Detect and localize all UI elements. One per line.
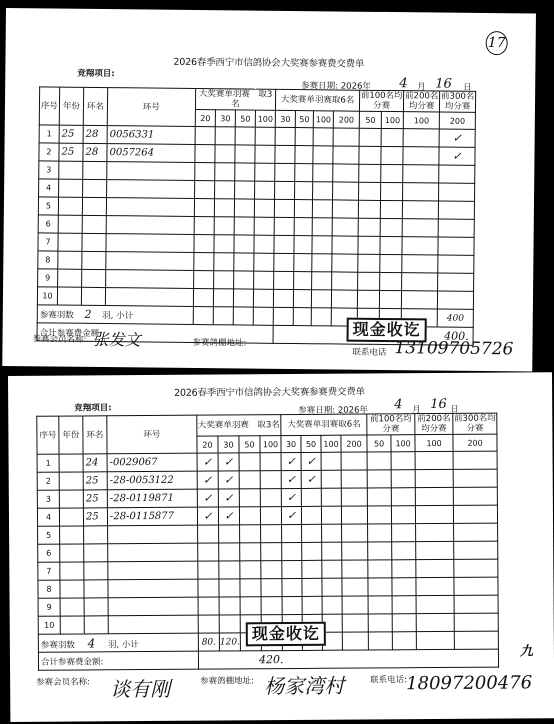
check-cell: ✓ xyxy=(301,452,321,470)
check-cell xyxy=(368,542,392,560)
row-year xyxy=(58,269,82,287)
subtotal-prefix: 参赛羽数 xyxy=(40,310,74,320)
check-cell: ✓ xyxy=(218,453,239,471)
check-cell xyxy=(367,452,391,470)
subtotal-cell xyxy=(454,631,498,649)
check-cell xyxy=(255,163,275,181)
check-cell xyxy=(195,180,215,198)
check-cell xyxy=(402,219,438,237)
header-ring-no: 环号 xyxy=(107,415,197,454)
check-cell xyxy=(402,201,438,219)
check-cell xyxy=(357,290,379,308)
check-cell xyxy=(416,613,454,631)
header-ring-name: 环名 xyxy=(83,416,107,454)
check-cell: ✓ xyxy=(301,470,321,488)
check-cell xyxy=(437,291,473,309)
check-cell xyxy=(234,235,254,253)
check-cell xyxy=(392,614,416,632)
check-cell xyxy=(380,218,402,236)
check-cell xyxy=(302,542,322,560)
check-cell xyxy=(402,255,438,273)
row-year xyxy=(59,454,83,472)
row-year xyxy=(60,580,84,598)
check-cell xyxy=(322,542,342,560)
row-seq: 10 xyxy=(38,616,60,634)
row-ring-name xyxy=(84,616,108,634)
check-cell xyxy=(302,524,322,542)
check-cell xyxy=(311,290,331,308)
check-cell xyxy=(274,253,294,271)
check-cell xyxy=(454,613,498,631)
date-day: 16 xyxy=(430,397,447,412)
sub-header: 50 xyxy=(301,435,321,452)
row-ring-name: 24 xyxy=(83,454,107,472)
row-ring-no xyxy=(108,525,198,544)
check-cell xyxy=(392,524,416,542)
check-cell xyxy=(235,127,255,145)
check-cell xyxy=(454,559,498,577)
check-cell xyxy=(368,596,392,614)
check-cell xyxy=(454,541,498,559)
check-cell: ✓ xyxy=(439,129,475,147)
check-cell xyxy=(332,200,358,218)
sub-header: 100 xyxy=(391,435,415,452)
subtotal-cell xyxy=(213,307,233,325)
row-year xyxy=(59,161,83,179)
check-cell xyxy=(415,469,453,487)
check-cell xyxy=(416,559,454,577)
sub-header: 30 xyxy=(281,435,301,452)
row-ring-name xyxy=(84,562,108,580)
row-year: 25 xyxy=(59,143,83,161)
row-year xyxy=(59,472,83,490)
check-cell xyxy=(312,218,332,236)
check-cell xyxy=(379,290,401,308)
check-cell xyxy=(294,200,312,218)
check-cell xyxy=(453,451,497,469)
check-cell: ✓ xyxy=(218,507,239,525)
row-seq: 5 xyxy=(38,197,58,215)
check-cell xyxy=(254,199,274,217)
row-ring-name xyxy=(84,526,108,544)
date-month: 4 xyxy=(394,397,402,412)
row-seq: 6 xyxy=(38,544,60,562)
page-number: 17 xyxy=(486,31,508,55)
check-cell xyxy=(380,254,402,272)
sub-header: 200 xyxy=(341,435,367,452)
row-seq: 9 xyxy=(38,598,60,616)
subtotal-cell xyxy=(233,307,253,325)
check-cell xyxy=(219,543,240,561)
check-cell xyxy=(313,146,333,164)
row-seq: 5 xyxy=(38,526,60,544)
row-ring-name xyxy=(84,544,108,562)
check-cell xyxy=(402,237,438,255)
subtotal-cell: 120. xyxy=(219,633,240,651)
sheet-title: 2026春季西宁市信鸽协会大奖赛参赛费交费单 xyxy=(174,384,365,399)
row-year xyxy=(57,287,81,305)
total-value: 420. xyxy=(198,649,498,669)
check-cell xyxy=(358,200,380,218)
row-ring-name: 28 xyxy=(83,125,107,143)
check-cell xyxy=(293,290,311,308)
row-seq: 8 xyxy=(38,251,58,269)
row-ring-name: 25 xyxy=(83,508,107,526)
row-ring-no: -0029067 xyxy=(107,453,197,472)
check-cell xyxy=(359,164,381,182)
row-year: 25 xyxy=(59,125,83,143)
check-cell xyxy=(402,273,438,291)
check-cell xyxy=(312,254,332,272)
check-cell xyxy=(260,489,281,507)
check-cell xyxy=(219,525,240,543)
sheet-title: 2026春季西宁市信鸽协会大奖赛参赛费交费单 xyxy=(173,54,364,70)
check-cell xyxy=(198,579,219,597)
check-cell xyxy=(294,272,312,290)
check-cell xyxy=(416,595,454,613)
header-top100: 前100名均分赛 xyxy=(367,414,415,435)
check-cell xyxy=(194,198,214,216)
sub-header: 50 xyxy=(367,435,391,452)
row-ring-no: 0056331 xyxy=(107,126,195,145)
check-cell xyxy=(233,289,253,307)
check-cell xyxy=(454,505,498,523)
header-seq: 序号 xyxy=(39,87,59,125)
row-ring-name xyxy=(82,251,106,269)
check-cell xyxy=(254,271,274,289)
check-cell xyxy=(403,165,439,183)
row-seq: 2 xyxy=(37,472,59,490)
check-cell xyxy=(380,236,402,254)
row-ring-no xyxy=(108,543,198,562)
check-cell xyxy=(380,272,402,290)
check-cell xyxy=(416,523,454,541)
check-cell xyxy=(391,488,415,506)
check-cell xyxy=(368,560,392,578)
loft-label: 参赛鸽棚地址: xyxy=(200,674,254,686)
check-cell xyxy=(274,271,294,289)
check-cell xyxy=(439,165,475,183)
check-cell xyxy=(294,218,312,236)
row-year xyxy=(60,544,84,562)
member-name: 谈有刚 xyxy=(110,673,170,702)
sub-header: 100 xyxy=(403,112,439,129)
check-cell xyxy=(234,253,254,271)
subtotal-cell xyxy=(416,631,454,649)
check-cell: ✓ xyxy=(218,489,239,507)
check-cell xyxy=(415,487,453,505)
check-cell xyxy=(215,163,235,181)
check-cell xyxy=(301,506,321,524)
check-cell xyxy=(333,164,359,182)
row-ring-name xyxy=(82,215,106,233)
fee-sheet-1: 17 2026春季西宁市信鸽协会大奖赛参赛费交费单 竞翔项目: 参赛日期: 20… xyxy=(2,8,536,372)
subtotal-prefix: 参赛羽数 xyxy=(41,640,75,650)
project-label: 竞翔项目: xyxy=(74,401,111,413)
check-cell xyxy=(381,164,403,182)
check-cell: ✓ xyxy=(197,489,218,507)
row-year xyxy=(59,490,83,508)
subtotal-cell xyxy=(193,306,213,324)
check-cell xyxy=(332,218,358,236)
fee-table: 序号 年份 环名 环号 大奖赛单羽赛 取3名 大奖赛单羽赛取6名 前100名均分… xyxy=(37,86,477,346)
check-cell xyxy=(301,488,321,506)
check-cell xyxy=(295,182,313,200)
check-cell xyxy=(453,487,497,505)
check-cell xyxy=(341,452,367,470)
check-cell xyxy=(392,506,416,524)
check-cell xyxy=(358,272,380,290)
sub-header: 30 xyxy=(275,110,295,127)
check-cell xyxy=(403,147,439,165)
header-ring-name: 环名 xyxy=(83,87,107,125)
member-label: 参赛会员名称: xyxy=(36,675,90,687)
check-cell xyxy=(282,524,302,542)
check-cell xyxy=(194,270,214,288)
check-cell xyxy=(219,561,240,579)
check-cell xyxy=(194,216,214,234)
header-top200: 前200名均分赛 xyxy=(415,413,453,434)
check-cell xyxy=(294,236,312,254)
check-cell xyxy=(401,291,437,309)
check-cell xyxy=(239,489,260,507)
check-cell xyxy=(322,524,342,542)
check-cell xyxy=(322,560,342,578)
row-seq: 4 xyxy=(37,508,59,526)
check-cell xyxy=(239,471,260,489)
phone-number: 13109705726 xyxy=(394,338,513,359)
sub-header: 50 xyxy=(235,110,255,127)
row-seq: 7 xyxy=(38,562,60,580)
check-cell xyxy=(215,145,235,163)
row-year xyxy=(60,526,84,544)
row-ring-name: 25 xyxy=(83,490,107,508)
row-year xyxy=(58,251,82,269)
check-cell xyxy=(359,128,381,146)
check-cell xyxy=(358,218,380,236)
check-cell xyxy=(321,488,341,506)
check-cell xyxy=(438,273,474,291)
check-cell xyxy=(294,254,312,272)
row-ring-name xyxy=(84,580,108,598)
row-seq: 3 xyxy=(37,490,59,508)
row-seq: 1 xyxy=(37,454,59,472)
check-cell xyxy=(198,615,219,633)
subtotal-cell xyxy=(273,307,293,325)
header-grand-prix-top6: 大奖赛单羽赛取6名 xyxy=(281,414,367,436)
check-cell xyxy=(240,597,261,615)
header-year: 年份 xyxy=(59,416,83,454)
bird-count: 2 xyxy=(84,308,91,321)
check-cell xyxy=(392,542,416,560)
check-cell xyxy=(367,488,391,506)
sub-header: 200 xyxy=(333,111,359,128)
subtotal-cell xyxy=(311,308,331,326)
row-ring-no: -28-0115877 xyxy=(107,507,197,526)
check-cell xyxy=(322,596,342,614)
check-cell xyxy=(254,235,274,253)
row-seq: 8 xyxy=(38,580,60,598)
date-month: 4 xyxy=(399,76,407,91)
sub-header: 50 xyxy=(295,111,313,128)
sub-header: 100 xyxy=(321,435,341,452)
check-cell xyxy=(235,163,255,181)
sub-header: 100 xyxy=(381,111,403,128)
check-cell xyxy=(380,200,402,218)
row-ring-no xyxy=(106,234,194,253)
check-cell: ✓ xyxy=(197,453,218,471)
loft-label: 参赛鸽棚地址: xyxy=(192,336,246,349)
sub-header: 30 xyxy=(215,110,235,127)
subtotal-cell xyxy=(342,632,368,650)
check-cell xyxy=(255,181,275,199)
check-cell xyxy=(438,219,474,237)
header-seq: 序号 xyxy=(37,416,59,454)
check-cell xyxy=(282,560,302,578)
row-ring-name: 25 xyxy=(83,472,107,490)
row-ring-name xyxy=(81,287,105,305)
total-label: 合计参赛费金额: xyxy=(38,651,198,670)
check-cell xyxy=(342,542,368,560)
subtotal-cell: 400 xyxy=(437,309,473,327)
header-top300: 前300名均分赛 xyxy=(453,413,497,434)
subtotal-cell xyxy=(392,632,416,650)
check-cell: ✓ xyxy=(439,147,475,165)
check-cell xyxy=(332,236,358,254)
check-cell xyxy=(195,162,215,180)
check-cell xyxy=(214,271,234,289)
check-cell xyxy=(255,145,275,163)
header-ring-no: 环号 xyxy=(107,88,195,127)
sub-header: 100 xyxy=(255,110,275,127)
subtotal-cell xyxy=(253,307,273,325)
row-seq: 6 xyxy=(38,215,58,233)
check-cell xyxy=(391,470,415,488)
check-cell xyxy=(368,578,392,596)
row-year xyxy=(58,233,82,251)
sub-header: 50 xyxy=(359,111,381,128)
row-ring-no xyxy=(108,579,198,598)
check-cell xyxy=(295,146,313,164)
check-cell: ✓ xyxy=(281,506,301,524)
check-cell xyxy=(261,579,282,597)
check-cell xyxy=(321,506,341,524)
sub-header: 100 xyxy=(260,436,281,453)
row-ring-no xyxy=(106,270,194,289)
check-cell xyxy=(332,272,358,290)
loft-address: 杨家湾村 xyxy=(264,670,344,700)
check-cell xyxy=(239,453,260,471)
member-name: 张发文 xyxy=(92,327,140,351)
check-cell xyxy=(275,145,295,163)
row-year xyxy=(60,616,84,634)
check-cell xyxy=(368,506,392,524)
check-cell xyxy=(261,525,282,543)
check-cell xyxy=(282,542,302,560)
margin-note: 九 xyxy=(520,640,533,659)
check-cell xyxy=(312,272,332,290)
row-seq: 10 xyxy=(37,287,57,305)
check-cell xyxy=(416,541,454,559)
check-cell xyxy=(253,289,273,307)
subtotal-suffix: 羽, 小计 xyxy=(102,311,133,321)
check-cell: ✓ xyxy=(281,452,301,470)
row-seq: 3 xyxy=(39,161,59,179)
subtotal-label: 参赛羽数 2 羽, 小计 xyxy=(37,305,193,325)
check-cell xyxy=(215,127,235,145)
check-cell xyxy=(403,129,439,147)
check-cell xyxy=(454,577,498,595)
row-ring-name xyxy=(84,598,108,616)
fee-sheet-2: 2026春季西宁市信鸽协会大奖赛参赛费交费单 竞翔项目: 参赛日期: 2026年… xyxy=(8,372,554,722)
row-ring-no xyxy=(108,615,198,634)
check-cell xyxy=(234,217,254,235)
check-cell xyxy=(358,236,380,254)
check-cell xyxy=(240,561,261,579)
check-cell xyxy=(214,235,234,253)
check-cell xyxy=(239,507,260,525)
check-cell xyxy=(368,524,392,542)
header-top100: 前100名均分赛 xyxy=(360,90,404,111)
check-cell: ✓ xyxy=(281,470,301,488)
bird-count: 4 xyxy=(88,636,96,650)
row-ring-no: -28-0119871 xyxy=(107,489,197,508)
check-cell xyxy=(333,128,359,146)
check-cell xyxy=(234,271,254,289)
check-cell xyxy=(194,252,214,270)
row-seq: 9 xyxy=(38,269,58,287)
row-year xyxy=(60,598,84,616)
cash-received-stamp: 现金收讫 xyxy=(246,622,326,647)
check-cell xyxy=(333,146,359,164)
check-cell xyxy=(321,470,341,488)
check-cell xyxy=(438,201,474,219)
check-cell xyxy=(295,128,313,146)
check-cell xyxy=(302,596,322,614)
sub-header: 20 xyxy=(195,109,215,126)
check-cell xyxy=(342,524,368,542)
row-ring-name xyxy=(82,233,106,251)
check-cell xyxy=(255,127,275,145)
check-cell xyxy=(416,577,454,595)
check-cell xyxy=(198,561,219,579)
check-cell xyxy=(235,145,255,163)
check-cell xyxy=(391,452,415,470)
header-year: 年份 xyxy=(59,87,83,125)
check-cell xyxy=(331,290,357,308)
check-cell xyxy=(302,578,322,596)
check-cell xyxy=(313,182,333,200)
check-cell xyxy=(438,255,474,273)
check-cell xyxy=(342,614,368,632)
row-seq: 7 xyxy=(38,233,58,251)
check-cell xyxy=(359,146,381,164)
check-cell xyxy=(368,614,392,632)
row-ring-no xyxy=(106,198,194,217)
subtotal-cell xyxy=(293,308,311,326)
header-top200: 前200名均分赛 xyxy=(404,91,440,112)
row-ring-no xyxy=(107,180,195,199)
check-cell xyxy=(260,471,281,489)
check-cell xyxy=(341,470,367,488)
check-cell xyxy=(235,181,255,199)
check-cell xyxy=(240,543,261,561)
sub-header: 200 xyxy=(439,112,475,129)
check-cell xyxy=(213,289,233,307)
project-label: 竞翔项目: xyxy=(77,67,115,79)
check-cell xyxy=(195,144,215,162)
check-cell xyxy=(240,525,261,543)
